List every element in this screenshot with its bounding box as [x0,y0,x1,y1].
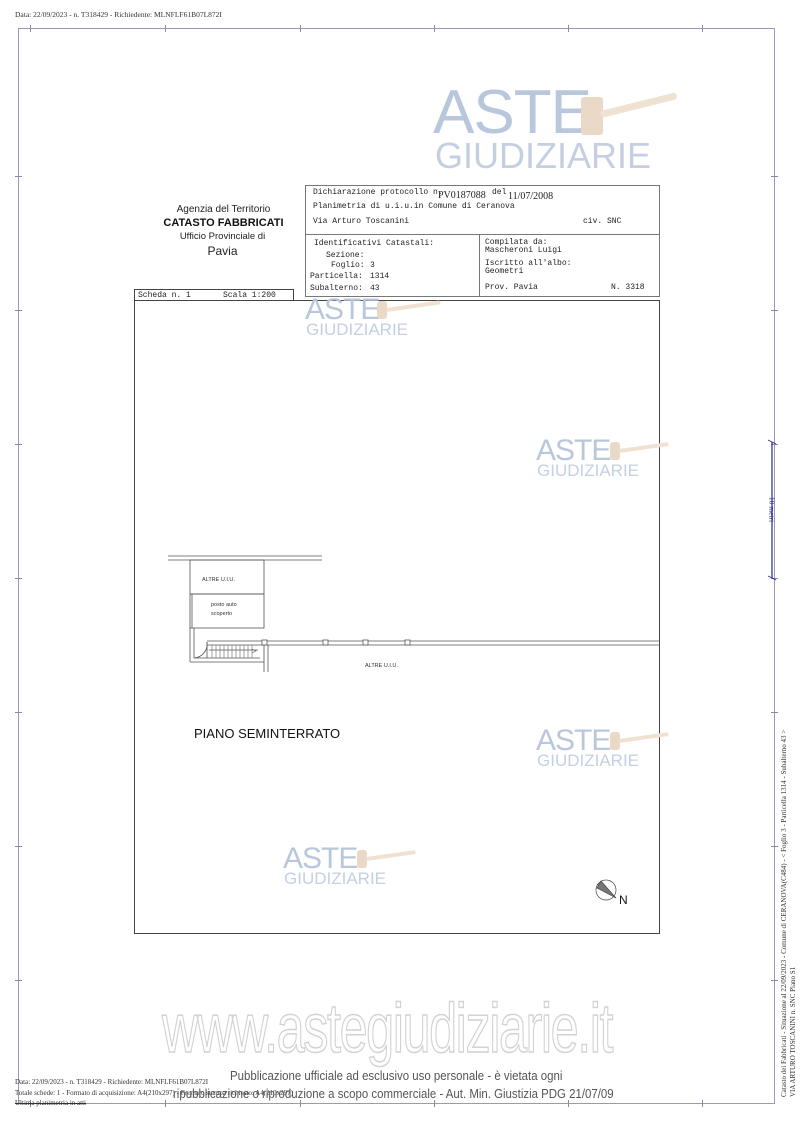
floor-label: PIANO SEMINTERRATO [194,726,340,741]
label-posto-auto: posto auto [211,602,237,608]
watermark-site-url: www.astegiudiziarie.it [162,988,612,1068]
floor-plan-svg [0,0,800,1131]
north-arrow-icon [596,880,616,900]
floor-plan-walls [168,556,660,672]
footer-request-line: Data: 22/09/2023 - n. T318429 - Richiede… [15,1078,208,1086]
label-scoperto: scoperto [211,611,232,617]
label-altre-uiu-2: ALTRE U.I.U. [365,663,398,669]
footer-last-plan: Ultima planimetria in atti [15,1099,86,1107]
notice-line-2: ripubblicazione o riproduzione a scopo c… [173,1086,614,1101]
side-cadastre-info: Catasto dei Fabbricati - Situazione al 2… [780,730,788,1097]
stair-treads [212,645,256,658]
notice-line-1: Pubblicazione ufficiale ad esclusivo uso… [230,1068,562,1083]
label-altre-uiu-1: ALTRE U.I.U. [202,577,235,583]
north-label: N [619,893,628,907]
side-address-info: VIA ARTURO TOSCANINI n. SNC Piano S1 [789,967,797,1097]
scale-bar-label: 10 metri [768,480,777,540]
